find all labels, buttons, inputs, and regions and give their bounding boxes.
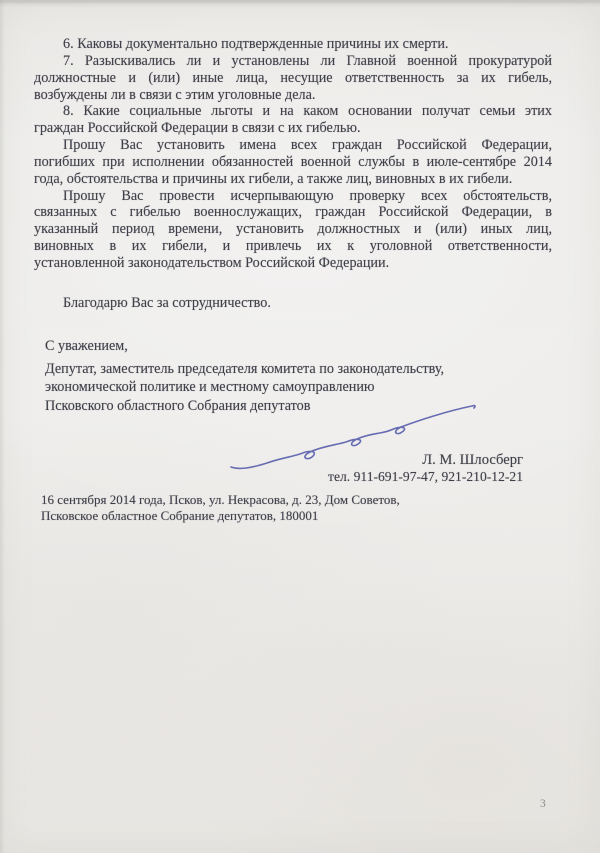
thanks-line: Благодарю Вас за сотрудничество. [34, 295, 552, 312]
body-line: установленной законодательством Российск… [34, 255, 552, 272]
page-number: 3 [540, 798, 546, 810]
footer-block: 16 сентября 2014 года, Псков, ул. Некрас… [41, 492, 400, 523]
scan-left-edge [0, 0, 5, 853]
scan-top-edge [0, 0, 600, 8]
body-line: 8. Какие социальные льготы и на каком ос… [34, 103, 552, 120]
body-line: Прошу Вас установить имена всех граждан … [34, 137, 552, 154]
valediction: С уважением, [45, 338, 128, 355]
body-line: погибших при исполнении обязанностей вое… [34, 154, 552, 171]
body-line: Прошу Вас провести исчерпывающую проверк… [34, 188, 552, 205]
signer-name: Л. М. Шлосберг [34, 452, 523, 469]
body-line: 7. Разыскивались ли и установлены ли Гла… [34, 53, 552, 70]
signer-title-line: Депутат, заместитель председателя комите… [45, 360, 533, 378]
body-line: виновных в их гибели, и привлечь их к уг… [34, 238, 552, 255]
body-line: 6. Каковы документально подтвержденные п… [34, 36, 552, 53]
signer-phone: тел. 911-691-97-47, 921-210-12-21 [34, 469, 523, 485]
body-line: должностные и (или) иные лица, несущие о… [34, 70, 552, 87]
footer-line: 16 сентября 2014 года, Псков, ул. Некрас… [41, 492, 400, 508]
body-line: возбуждены ли в связи с этим уголовные д… [34, 87, 552, 104]
body-line: указанный период времени, установить дол… [34, 221, 552, 238]
footer-line: Псковское областное Собрание депутатов, … [41, 508, 400, 524]
body-line: связанных с гибелью военнослужащих, граж… [34, 204, 552, 221]
letter-body: 6. Каковы документально подтвержденные п… [34, 36, 552, 272]
scanned-letter-page: 6. Каковы документально подтвержденные п… [0, 0, 600, 853]
body-line: граждан Российской Федерации в связи с и… [34, 120, 552, 137]
body-line: года, обстоятельства и причины их гибели… [34, 171, 552, 188]
signer-title-line: экономической политике и местному самоуп… [45, 378, 533, 396]
